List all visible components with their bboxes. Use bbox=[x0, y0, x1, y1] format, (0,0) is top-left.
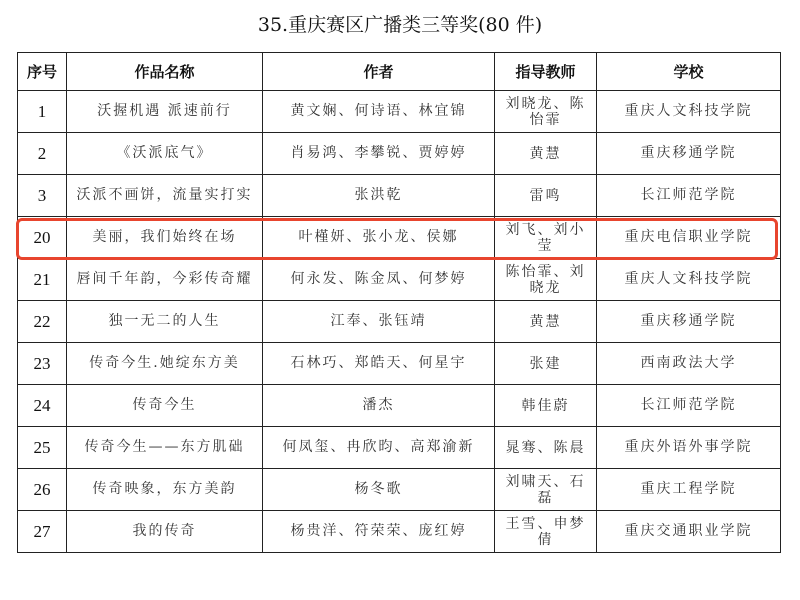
cell-no: 23 bbox=[18, 343, 67, 385]
cell-school: 重庆人文科技学院 bbox=[597, 91, 781, 133]
cell-no: 27 bbox=[18, 511, 67, 553]
cell-no: 21 bbox=[18, 259, 67, 301]
cell-no: 1 bbox=[18, 91, 67, 133]
cell-work: 传奇映象，东方美韵 bbox=[67, 469, 263, 511]
document-title: 35.重庆赛区广播类三等奖(80 件) bbox=[0, 10, 800, 37]
cell-work: 传奇今生 bbox=[67, 385, 263, 427]
cell-advisor: 黄慧 bbox=[495, 133, 597, 175]
cell-school: 重庆移通学院 bbox=[597, 133, 781, 175]
cell-school: 重庆交通职业学院 bbox=[597, 511, 781, 553]
cell-work: 传奇今生.她绽东方美 bbox=[67, 343, 263, 385]
cell-authors: 张洪乾 bbox=[263, 175, 495, 217]
cell-no: 20 bbox=[18, 217, 67, 259]
cell-advisor: 韩佳蔚 bbox=[495, 385, 597, 427]
cell-advisor: 刘飞、刘小莹 bbox=[495, 217, 597, 259]
cell-work: 独一无二的人生 bbox=[67, 301, 263, 343]
cell-work: 传奇今生——东方肌础 bbox=[67, 427, 263, 469]
cell-advisor: 王雪、申梦倩 bbox=[495, 511, 597, 553]
cell-authors: 何永发、陈金凤、何梦婷 bbox=[263, 259, 495, 301]
cell-advisor: 刘晓龙、陈怡霏 bbox=[495, 91, 597, 133]
cell-no: 2 bbox=[18, 133, 67, 175]
cell-school: 长江师范学院 bbox=[597, 385, 781, 427]
cell-no: 26 bbox=[18, 469, 67, 511]
table-row: 22 独一无二的人生 江奉、张钰靖 黄慧 重庆移通学院 bbox=[18, 301, 781, 343]
table-row: 23 传奇今生.她绽东方美 石林巧、郑皓天、何星宇 张建 西南政法大学 bbox=[18, 343, 781, 385]
cell-school: 重庆工程学院 bbox=[597, 469, 781, 511]
cell-work: 沃握机遇 派速前行 bbox=[67, 91, 263, 133]
cell-authors: 黄文娴、何诗语、林宜锦 bbox=[263, 91, 495, 133]
table-header-row: 序号 作品名称 作者 指导教师 学校 bbox=[18, 53, 781, 91]
cell-authors: 何凤玺、冉欣昀、高郑渝新 bbox=[263, 427, 495, 469]
table-row: 3 沃派不画饼，流量实打实 张洪乾 雷鸣 长江师范学院 bbox=[18, 175, 781, 217]
header-no: 序号 bbox=[18, 53, 67, 91]
table-row: 27 我的传奇 杨贵洋、符荣荣、庞红婷 王雪、申梦倩 重庆交通职业学院 bbox=[18, 511, 781, 553]
table-row: 1 沃握机遇 派速前行 黄文娴、何诗语、林宜锦 刘晓龙、陈怡霏 重庆人文科技学院 bbox=[18, 91, 781, 133]
cell-advisor: 张建 bbox=[495, 343, 597, 385]
cell-work: 我的传奇 bbox=[67, 511, 263, 553]
cell-no: 3 bbox=[18, 175, 67, 217]
cell-advisor: 刘啸天、石磊 bbox=[495, 469, 597, 511]
cell-advisor: 晁骞、陈晨 bbox=[495, 427, 597, 469]
cell-no: 25 bbox=[18, 427, 67, 469]
cell-work: 《沃派底气》 bbox=[67, 133, 263, 175]
cell-advisor: 雷鸣 bbox=[495, 175, 597, 217]
table-row: 26 传奇映象，东方美韵 杨冬歌 刘啸天、石磊 重庆工程学院 bbox=[18, 469, 781, 511]
cell-authors: 潘杰 bbox=[263, 385, 495, 427]
award-table: 序号 作品名称 作者 指导教师 学校 1 沃握机遇 派速前行 黄文娴、何诗语、林… bbox=[17, 52, 781, 553]
cell-authors: 杨冬歌 bbox=[263, 469, 495, 511]
cell-advisor: 黄慧 bbox=[495, 301, 597, 343]
table-row: 25 传奇今生——东方肌础 何凤玺、冉欣昀、高郑渝新 晁骞、陈晨 重庆外语外事学… bbox=[18, 427, 781, 469]
cell-work: 沃派不画饼，流量实打实 bbox=[67, 175, 263, 217]
cell-authors: 叶槿妍、张小龙、侯娜 bbox=[263, 217, 495, 259]
cell-school: 重庆人文科技学院 bbox=[597, 259, 781, 301]
header-work: 作品名称 bbox=[67, 53, 263, 91]
header-authors: 作者 bbox=[263, 53, 495, 91]
cell-work: 唇间千年韵，今彩传奇耀 bbox=[67, 259, 263, 301]
cell-authors: 江奉、张钰靖 bbox=[263, 301, 495, 343]
cell-advisor: 陈怡霏、刘晓龙 bbox=[495, 259, 597, 301]
cell-school: 长江师范学院 bbox=[597, 175, 781, 217]
table-row: 21 唇间千年韵，今彩传奇耀 何永发、陈金凤、何梦婷 陈怡霏、刘晓龙 重庆人文科… bbox=[18, 259, 781, 301]
cell-work: 美丽，我们始终在场 bbox=[67, 217, 263, 259]
table-row: 2 《沃派底气》 肖易鸿、李攀锐、贾婷婷 黄慧 重庆移通学院 bbox=[18, 133, 781, 175]
cell-school: 重庆移通学院 bbox=[597, 301, 781, 343]
header-advisor: 指导教师 bbox=[495, 53, 597, 91]
table-row: 24 传奇今生 潘杰 韩佳蔚 长江师范学院 bbox=[18, 385, 781, 427]
cell-authors: 石林巧、郑皓天、何星宇 bbox=[263, 343, 495, 385]
header-school: 学校 bbox=[597, 53, 781, 91]
cell-school: 重庆电信职业学院 bbox=[597, 217, 781, 259]
cell-authors: 肖易鸿、李攀锐、贾婷婷 bbox=[263, 133, 495, 175]
cell-no: 22 bbox=[18, 301, 67, 343]
cell-school: 西南政法大学 bbox=[597, 343, 781, 385]
table-row-highlighted: 20 美丽，我们始终在场 叶槿妍、张小龙、侯娜 刘飞、刘小莹 重庆电信职业学院 bbox=[18, 217, 781, 259]
cell-no: 24 bbox=[18, 385, 67, 427]
cell-authors: 杨贵洋、符荣荣、庞红婷 bbox=[263, 511, 495, 553]
cell-school: 重庆外语外事学院 bbox=[597, 427, 781, 469]
